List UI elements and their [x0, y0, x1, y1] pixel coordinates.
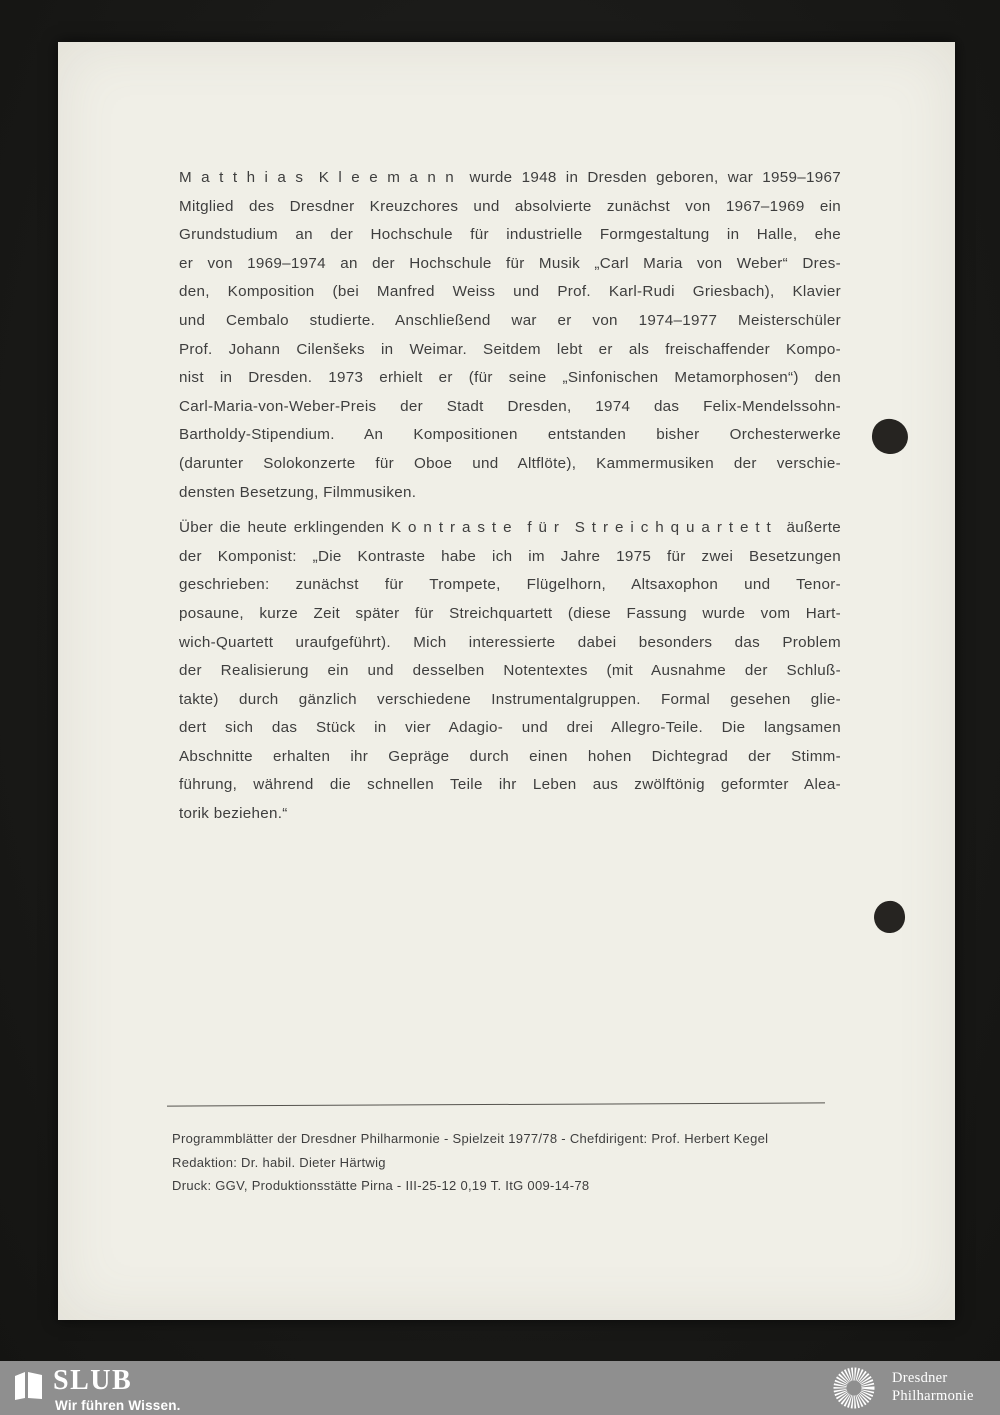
philharmonie-wordmark-line2: Philharmonie: [892, 1388, 974, 1406]
imprint-divider: [167, 1102, 825, 1106]
philharmonie-wordmark: Dresdner Philharmonie: [892, 1370, 974, 1405]
paragraph-composer-quote: Über die heute erklingenden K o n t r a …: [179, 514, 841, 829]
slub-logo: SLUB Wir führen Wissen.: [0, 1361, 300, 1415]
text-lines: M a t t h i a s K l e e m a n n wurde 19…: [179, 164, 841, 479]
slub-book-icon: [14, 1369, 44, 1401]
imprint-text: Programmblätter der Dresdner Philharmoni…: [167, 1127, 827, 1198]
text-line: densten Besetzung, Filmmusiken.: [179, 479, 841, 508]
text-line: Redaktion: Dr. habil. Dieter Härtwig: [167, 1151, 827, 1175]
paragraph-composer-bio: M a t t h i a s K l e e m a n n wurde 19…: [179, 164, 841, 507]
text-lines: Über die heute erklingenden K o n t r a …: [179, 514, 841, 800]
punch-hole-bottom: [872, 899, 906, 934]
scanned-program-page: M a t t h i a s K l e e m a n n wurde 19…: [58, 42, 955, 1320]
text-line: Druck: GGV, Produktionsstätte Pirna - II…: [167, 1174, 827, 1198]
dresdner-philharmonie-logo: Dresdner Philharmonie: [830, 1361, 1000, 1415]
text-line: Programmblätter der Dresdner Philharmoni…: [167, 1127, 827, 1151]
philharmonie-sunburst-icon: [830, 1364, 878, 1412]
text-line: torik beziehen.“: [179, 800, 841, 829]
philharmonie-wordmark-line1: Dresdner: [892, 1370, 974, 1388]
library-footer-bar: SLUB Wir führen Wissen. Dresdner Philhar…: [0, 1361, 1000, 1415]
slub-tagline: Wir führen Wissen.: [55, 1398, 181, 1413]
imprint: Programmblätter der Dresdner Philharmoni…: [167, 1104, 827, 1198]
slub-wordmark: SLUB: [53, 1367, 132, 1395]
punch-hole-top: [870, 417, 911, 457]
body-text: M a t t h i a s K l e e m a n n wurde 19…: [179, 164, 841, 829]
scan-viewer: { "page": { "background_color": "#1a1a18…: [0, 0, 1000, 1415]
